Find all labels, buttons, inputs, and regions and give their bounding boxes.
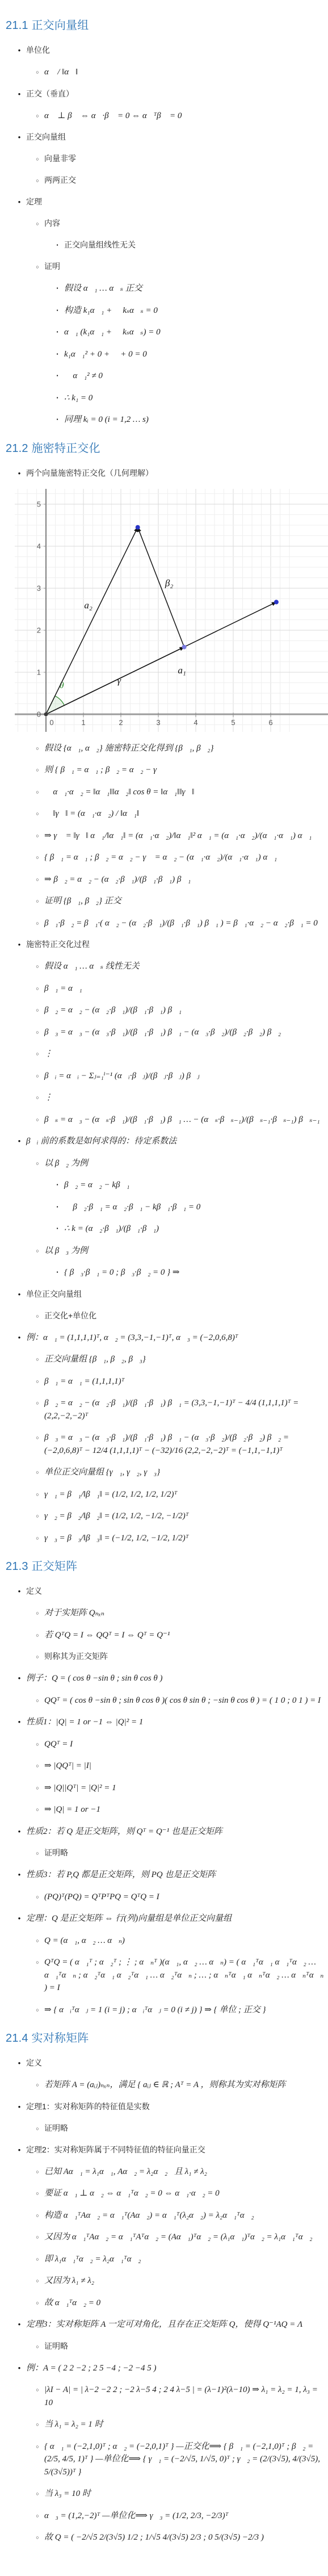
bullet-icon: ○ [33, 1694, 42, 1707]
list-item: ○β⃗₁·β⃗₂ = β⃗₁·( α⃗₂ − (α⃗₂·β⃗₁)/(β⃗₁·β⃗… [0, 917, 326, 930]
item-text: β⃗ᵢ 前的系数是如何求得的：待定系数法 [26, 1135, 176, 1148]
item-text: k₁α⃗₁² + 0 + ⋯ + 0 = 0 [64, 348, 147, 361]
data-point [136, 525, 140, 529]
item-text: 例：A = ( 2 2 −2 ; 2 5 −4 ; −2 −4 5 ) [26, 2362, 156, 2375]
list-item: •两个向量施密特正交化（几何理解） [0, 467, 326, 480]
data-point [274, 600, 279, 604]
item-text: { β⃗₁ = α⃗₁ ; β⃗₂ = α⃗₂ − γ⃗ = α⃗₂ − (α⃗… [44, 851, 277, 864]
bullet-icon: ○ [33, 2253, 42, 2265]
item-text: γ⃗₃ = β⃗₃/‖β⃗₃‖ = (−1/2, 1/2, −1/2, 1/2)… [44, 1532, 189, 1545]
list-item: ○若矩阵 A = (aᵢⱼ)ₙₓₙ，满足 { aᵢⱼ ∈ ℝ ; Aᵀ = A … [0, 2079, 326, 2092]
bullet-icon: ○ [33, 2418, 42, 2431]
bullet-icon: ○ [33, 1113, 42, 1126]
list-item: •β⃗ᵢ 前的系数是如何求得的：待定系数法 [0, 1135, 326, 1148]
vector-label-beta2: β₂ [165, 577, 173, 588]
bullet-icon: ○ [33, 807, 42, 820]
x-tick-label: 1 [81, 718, 85, 727]
bullet-icon: ○ [33, 2209, 42, 2222]
list-item: ○γ⃗₁ = β⃗₁/‖β⃗₁‖ = (1/2, 1/2, 1/2, 1/2)ᵀ [0, 1488, 326, 1501]
item-text: 证明 [44, 261, 60, 273]
bullet-icon: ○ [33, 1353, 42, 1366]
list-item: ○∵ α⃗₁·α⃗₂ = ‖α⃗₁‖‖α⃗₂‖ cos θ = ‖α⃗₁‖‖γ⃗… [0, 786, 326, 799]
bullet-icon: ○ [33, 1803, 42, 1816]
y-tick-label: 5 [37, 500, 41, 508]
list-item: ○证明略 [0, 2340, 326, 2353]
item-text: 正交（垂直） [26, 88, 74, 100]
list-item: ○以 β⃗₂ 为例 [0, 1157, 326, 1170]
list-item: ○γ⃗₂ = β⃗₂/‖β⃗₂‖ = (1/2, 1/2, −1/2, −1/2… [0, 1510, 326, 1523]
list-item: •定义 [0, 2057, 326, 2070]
bullet-icon: ○ [33, 1607, 42, 1619]
bullet-icon: ○ [33, 1310, 42, 1322]
item-text: γ⃗₁ = β⃗₁/‖β⃗₁‖ = (1/2, 1/2, 1/2, 1/2)ᵀ [44, 1488, 177, 1501]
bullet-icon: • [15, 467, 24, 480]
list-item: ○QQᵀ = ( cos θ −sin θ ; sin θ cos θ )( c… [0, 1694, 326, 1707]
list-item: ○证明 [0, 261, 326, 273]
list-item: ▪正交向量组线性无关 [0, 239, 326, 252]
item-text: Q = (α⃗₁, α⃗₂ … α⃗ₙ) [44, 1934, 125, 1947]
item-text: 施密特正交化过程 [26, 939, 90, 950]
bullet-icon: • [15, 1912, 24, 1925]
bullet-icon: • [15, 1331, 24, 1344]
bullet-icon: ○ [33, 960, 42, 973]
item-text: β⃗₁·β⃗₂ = β⃗₁·( α⃗₂ − (α⃗₂·β⃗₁)/(β⃗₁·β⃗₁… [44, 917, 318, 930]
bullet-icon: ○ [33, 1157, 42, 1170]
list-item: ▪k₁α⃗₁² + 0 + ⋯ + 0 = 0 [0, 348, 326, 361]
x-tick-label: 3 [156, 718, 160, 727]
list-item: ○⇒ { α⃗ᵢᵀα⃗ⱼ = 1 (i = j) ; α⃗ᵢᵀα⃗ⱼ = 0 (… [0, 2004, 326, 2017]
list-item: ○内容 [0, 217, 326, 230]
item-text: { β⃗₃·β⃗₁ = 0 ; β⃗₃·β⃗₂ = 0 } ⇒ ⋯ [64, 1266, 188, 1279]
section-heading-21-1: 21.1 正交向量组 [6, 18, 326, 33]
list-item: ○以 β⃗₃ 为例 [0, 1245, 326, 1258]
item-text: 正交向量组线性无关 [64, 239, 136, 251]
bullet-icon: ○ [33, 153, 42, 165]
bullet-icon: ▪ [53, 1266, 62, 1279]
item-text: 单位正交向量组 {γ⃗₁, γ⃗₂, γ⃗₃} [44, 1466, 160, 1479]
item-text: 单位正交向量组 [26, 1288, 82, 1300]
list-item: ○β⃗₂ = α⃗₂ − (α⃗₂·β⃗₁)/(β⃗₁·β⃗₁) β⃗₁ = (… [0, 1397, 326, 1422]
item-text: 证明 {β⃗₁, β⃗₂} 正交 [44, 895, 121, 908]
list-item: ▪∴ k = (α⃗₂·β⃗₁)/(β⃗₁·β⃗₁) [0, 1222, 326, 1235]
bullet-icon: • [15, 196, 24, 208]
bullet-icon: ○ [33, 2440, 42, 2453]
bullet-icon: ○ [33, 1070, 42, 1082]
list-item: •性质2：若 Q 是正交矩阵，则 Qᵀ = Q⁻¹ 也是正交矩阵 [0, 1825, 326, 1838]
item-text: 证明略 [44, 1847, 68, 1859]
list-item: ○(PQ)ᵀ(PQ) = QᵀPᵀPQ = QᵀQ = I [0, 1891, 326, 1904]
bullet-icon: ○ [33, 1466, 42, 1478]
item-text: ⋮ [44, 1048, 53, 1061]
item-text: α⃗₁ (k₁α⃗₁ + ⋯ kₛα⃗ₛ) = 0 [64, 326, 161, 339]
item-text: β⃗₁ = α⃗₁ = (1,1,1,1)ᵀ [44, 1375, 124, 1388]
item-text: β⃗₂ = α⃗₂ − (α⃗₂·β⃗₁)/(β⃗₁·β⃗₁) β⃗₁ = (3… [44, 1397, 326, 1422]
notes-page: 21.1 正交向量组•单位化○α⃗ / ‖α⃗‖•正交（垂直）○α⃗ ⊥ β⃗ … [0, 0, 328, 2576]
item-text: 以 β⃗₃ 为例 [44, 1245, 88, 1258]
bullet-icon: • [15, 1825, 24, 1838]
bullet-icon: • [15, 44, 24, 57]
bullet-icon: ○ [33, 2004, 42, 2016]
item-text: 正交化+单位化 [44, 1310, 96, 1322]
list-item: ○|λI − A| = | λ−2 −2 2 ; −2 λ−5 4 ; 2 4 … [0, 2384, 326, 2409]
item-text: α⃗ / ‖α⃗‖ [44, 66, 78, 79]
bullet-icon: ○ [33, 1510, 42, 1522]
item-text: 又因为 α⃗₁ᵀAα⃗₂ = α⃗₁ᵀAᵀα⃗₂ = (Aα⃗₁)ᵀα⃗₂ = … [44, 2231, 312, 2244]
list-item: •定义 [0, 1585, 326, 1598]
bullet-icon: ○ [33, 2510, 42, 2522]
list-item: ○要证 α⃗₁ ⊥ α⃗₂ ⇔ α⃗₁ᵀα⃗₂ = 0 ⇔ α⃗₁·α⃗₂ = … [0, 2187, 326, 2200]
x-tick-label: 5 [231, 718, 235, 727]
list-item: ○QᵀQ = ( α⃗₁ᵀ ; α⃗₂ᵀ ; ⋮ ; α⃗ₙᵀ )(α⃗₁, α… [0, 1956, 326, 1995]
item-text: ⇒ |QQᵀ| = |I| [44, 1760, 91, 1773]
list-item: •正交向量组 [0, 131, 326, 144]
x-tick-label: 0 [49, 718, 53, 727]
bullet-icon: • [15, 88, 24, 100]
bullet-icon: ▪ [53, 370, 62, 382]
item-text: 例子：Q = ( cos θ −sin θ ; sin θ cos θ ) [26, 1672, 163, 1685]
item-text: ∴ k₁ = 0 [64, 392, 92, 405]
item-text: β⃗ₛ = α⃗₃ − (α⃗ₛ·β⃗₁)/(β⃗₁·β⃗₁) β⃗₁ … − … [44, 1113, 320, 1126]
bullet-icon: ○ [33, 1956, 42, 1968]
item-text: ∵ α⃗₁·α⃗₂ = ‖α⃗₁‖‖α⃗₂‖ cos θ = ‖α⃗₁‖‖γ⃗‖ [44, 786, 194, 799]
list-item: ▪∵ β⃗₂·β⃗₁ = α⃗₂·β⃗₁ − kβ⃗₁·β⃗₁ = 0 [0, 1201, 326, 1214]
item-text: β⃗₂ = α⃗₂ − (α⃗₂·β⃗₁)/(β⃗₁·β⃗₁) β⃗₁ [44, 1004, 182, 1017]
item-text: 单位化 [26, 44, 50, 56]
bullet-icon: ○ [33, 764, 42, 776]
item-text: β⃗₃ = α⃗₃ − (α⃗₃·β⃗₁)/(β⃗₁·β⃗₁) β⃗₁ − (α… [44, 1026, 281, 1039]
item-text: 性质1：|Q| = 1 or −1 ⇔ |Q|² = 1 [26, 1716, 143, 1729]
schmidt-orthogonalization-figure: 0123456012345θa₂a₁γβ₂ [15, 489, 326, 732]
bullet-icon: ○ [33, 1891, 42, 1903]
list-item: ○⇒ |QQᵀ| = |I| [0, 1760, 326, 1773]
item-text: 又因为 λ₁ ≠ λ₂ [44, 2275, 94, 2288]
bullet-icon: ○ [33, 2487, 42, 2500]
item-text: (PQ)ᵀ(PQ) = QᵀPᵀPQ = QᵀQ = I [44, 1891, 159, 1904]
list-item: ○正交化+单位化 [0, 1310, 326, 1322]
list-item: •定理2：实对称矩阵属于不同特征值的特征向量正交 [0, 2144, 326, 2156]
bullet-icon: ○ [33, 174, 42, 187]
list-item: ○构造 α⃗₁ᵀAα⃗₂ = α⃗₁ᵀ(Aα⃗₂) = α⃗₁ᵀ(λ₂α⃗₂) … [0, 2209, 326, 2222]
item-text: 则称其为正交矩阵 [44, 1651, 108, 1662]
bullet-icon: ○ [33, 1026, 42, 1038]
list-item: ○QQᵀ = I [0, 1738, 326, 1751]
bullet-icon: • [15, 1869, 24, 1881]
list-item: ○则称其为正交矩阵 [0, 1651, 326, 1663]
list-item: ▪∵ α⃗₁² ≠ 0 [0, 370, 326, 383]
bullet-icon: ○ [33, 830, 42, 842]
bullet-icon: ○ [33, 110, 42, 122]
item-text: { α⃗₁ = (−2,1,0)ᵀ ; α⃗₂ = (−2,0,1)ᵀ } —正… [44, 2440, 326, 2479]
list-item: ○⋮ [0, 1091, 326, 1104]
vector-a2 [46, 527, 138, 714]
bullet-icon: • [15, 1135, 24, 1147]
vector-diagram-canvas: 0123456012345θa₂a₁γβ₂ [15, 489, 328, 732]
item-text: 假设 α⃗₁ … α⃗ₛ 正交 [64, 282, 142, 295]
item-text: 定理3：实对称矩阵 A 一定可对角化，且存在正交矩阵 Q，使得 Q⁻¹AQ = … [26, 2318, 302, 2331]
bullet-icon: ▪ [53, 413, 62, 426]
list-item: ○{ α⃗₁ = (−2,1,0)ᵀ ; α⃗₂ = (−2,0,1)ᵀ } —… [0, 2440, 326, 2479]
item-text: 则 { β⃗₁ = α⃗₁ ; β⃗₂ = α⃗₂ − γ⃗ [44, 764, 163, 777]
list-item: ○⇒ γ⃗ = ‖γ⃗‖ α⃗₁/‖α⃗₁‖ = (α⃗₁·α⃗₂)/‖α⃗₁‖… [0, 830, 326, 843]
list-item: ○β⃗₁ = α⃗₁ = (1,1,1,1)ᵀ [0, 1375, 326, 1388]
x-tick-label: 2 [119, 718, 123, 727]
bullet-icon: ○ [33, 742, 42, 755]
bullet-icon: • [15, 2318, 24, 2331]
bullet-icon: ○ [33, 895, 42, 907]
bullet-icon: ○ [33, 917, 42, 929]
bullet-icon: ○ [33, 2340, 42, 2353]
list-item: ▪α⃗₁ (k₁α⃗₁ + ⋯ kₛα⃗ₛ) = 0 [0, 326, 326, 339]
x-tick-label: 4 [194, 718, 197, 727]
bullet-icon: ▪ [53, 1179, 62, 1191]
bullet-icon: ○ [33, 2531, 42, 2544]
list-item: •单位正交向量组 [0, 1288, 326, 1301]
bullet-icon: ○ [33, 1847, 42, 1859]
bullet-icon: • [15, 1288, 24, 1301]
list-item: ○⋮ [0, 1048, 326, 1061]
bullet-icon: ○ [33, 1782, 42, 1794]
item-text: 性质3：若 P,Q 都是正交矩阵，则 PQ 也是正交矩阵 [26, 1869, 216, 1882]
bullet-icon: ▪ [53, 1201, 62, 1213]
item-text: 假设 α⃗₁ … α⃗ₛ 线性无关 [44, 960, 140, 973]
bullet-icon: ○ [33, 1004, 42, 1016]
list-item: ○假设 {α⃗₁, α⃗₂} 施密特正交化得到 {β⃗₁, β⃗₂} [0, 742, 326, 755]
list-item: ○β⃗₁ = α⃗₁ [0, 982, 326, 995]
item-text: 构造 k₁α⃗₁ + ⋯ kₛα⃗ₛ = 0 [64, 304, 158, 317]
bullet-icon: • [15, 1585, 24, 1598]
list-item: •定理 [0, 196, 326, 208]
list-item: ○α⃗ / ‖α⃗‖ [0, 66, 326, 79]
x-tick-label: 6 [268, 718, 272, 727]
item-text: 假设 {α⃗₁, α⃗₂} 施密特正交化得到 {β⃗₁, β⃗₂} [44, 742, 213, 755]
bullet-icon: ○ [33, 873, 42, 886]
list-item: ○单位正交向量组 {γ⃗₁, γ⃗₂, γ⃗₃} [0, 1466, 326, 1479]
list-item: ○对于实矩阵 Qₙₓₙ [0, 1607, 326, 1620]
list-item: ○假设 α⃗₁ … α⃗ₛ 线性无关 [0, 960, 326, 973]
list-item: ○β⃗ᵢ = α⃗ᵢ − Σⱼ₌₁ⁱ⁻¹ (α⃗ᵢ·β⃗ⱼ)/(β⃗ⱼ·β⃗ⱼ)… [0, 1070, 326, 1083]
bullet-icon: ○ [33, 1760, 42, 1772]
item-text: 内容 [44, 217, 60, 229]
bullet-icon: ○ [33, 1397, 42, 1409]
data-point [182, 644, 187, 649]
bullet-icon: ○ [33, 261, 42, 273]
bullet-icon: • [15, 939, 24, 951]
list-item: ▪构造 k₁α⃗₁ + ⋯ kₛα⃗ₛ = 0 [0, 304, 326, 317]
item-text: γ⃗₂ = β⃗₂/‖β⃗₂‖ = (1/2, 1/2, −1/2, −1/2)… [44, 1510, 189, 1523]
list-item: ○又因为 α⃗₁ᵀAα⃗₂ = α⃗₁ᵀAᵀα⃗₂ = (Aα⃗₁)ᵀα⃗₂ =… [0, 2231, 326, 2244]
list-item: ○故 Q = ( −2/√5 2/(3√5) 1/2 ; 1/√5 4/(3√5… [0, 2531, 326, 2544]
list-item: ○证明 {β⃗₁, β⃗₂} 正交 [0, 895, 326, 908]
item-text: ⇒ { α⃗ᵢᵀα⃗ⱼ = 1 (i = j) ; α⃗ᵢᵀα⃗ⱼ = 0 (i… [44, 2004, 266, 2017]
bullet-icon: ○ [33, 2231, 42, 2243]
item-text: |λI − A| = | λ−2 −2 2 ; −2 λ−5 4 ; 2 4 λ… [44, 2384, 326, 2409]
list-item: ▪β⃗₂ = α⃗₂ − kβ⃗₁ [0, 1179, 326, 1192]
item-text: 若 QᵀQ = I ⇔ QQᵀ = I ⇔ Qᵀ = Q⁻¹ [44, 1629, 170, 1642]
item-text: α⃗ ⊥ β⃗ ⇔ α⃗·β⃗ = 0 ⇔ α⃗ᵀβ⃗ = 0 [44, 110, 182, 123]
item-text: 两个向量施密特正交化（几何理解） [26, 467, 153, 479]
bullet-icon: ○ [33, 2275, 42, 2287]
bullet-icon: ○ [33, 2297, 42, 2309]
bullet-icon: • [15, 2362, 24, 2374]
list-item: ○若 QᵀQ = I ⇔ QQᵀ = I ⇔ Qᵀ = Q⁻¹ [0, 1629, 326, 1642]
item-text: 正交向量组 [26, 131, 66, 143]
item-text: 定理1：实对称矩阵的特征值是实数 [26, 2101, 150, 2113]
list-item: •正交（垂直） [0, 88, 326, 100]
list-item: •性质1：|Q| = 1 or −1 ⇔ |Q|² = 1 [0, 1716, 326, 1729]
section-heading-21-2: 21.2 施密特正交化 [6, 441, 326, 456]
item-text: 两两正交 [44, 174, 76, 186]
item-text: 当 λ₁ = λ₂ = 1 时 [44, 2418, 103, 2431]
item-text: 以 β⃗₂ 为例 [44, 1157, 88, 1170]
bullet-icon: ○ [33, 851, 42, 864]
bullet-icon: • [15, 2101, 24, 2113]
list-item: •单位化 [0, 44, 326, 57]
item-text: ∴ k = (α⃗₂·β⃗₁)/(β⃗₁·β⃗₁) [64, 1222, 159, 1235]
item-text: 证明略 [44, 2340, 68, 2352]
y-tick-label: 0 [37, 710, 41, 718]
bullet-icon: ○ [33, 1048, 42, 1060]
bullet-icon: ○ [33, 1488, 42, 1501]
list-item: ○β⃗ₛ = α⃗₃ − (α⃗ₛ·β⃗₁)/(β⃗₁·β⃗₁) β⃗₁ … −… [0, 1113, 326, 1126]
bullet-icon: ▪ [53, 282, 62, 295]
item-text: ∵ β⃗₂·β⃗₁ = α⃗₂·β⃗₁ − kβ⃗₁·β⃗₁ = 0 [64, 1201, 200, 1214]
item-text: ∴ ‖γ⃗‖ = (α⃗₁·α⃗₂) / ‖α⃗₁‖ [44, 807, 139, 820]
item-text: ⇒ |Q| = 1 or −1 [44, 1803, 100, 1816]
list-item: ○⇒ |Q||Qᵀ| = |Q|² = 1 [0, 1782, 326, 1795]
list-item: •定理1：实对称矩阵的特征值是实数 [0, 2101, 326, 2113]
vector-label-a2: a₂ [84, 600, 92, 610]
list-item: ○则 { β⃗₁ = α⃗₁ ; β⃗₂ = α⃗₂ − γ⃗ [0, 764, 326, 777]
item-text: ⋮ [44, 1091, 53, 1104]
item-text: 要证 α⃗₁ ⊥ α⃗₂ ⇔ α⃗₁ᵀα⃗₂ = 0 ⇔ α⃗₁·α⃗₂ = 0 [44, 2187, 220, 2200]
bullet-icon: ○ [33, 982, 42, 995]
bullet-icon: • [15, 2057, 24, 2070]
item-text: 定义 [26, 2057, 42, 2069]
item-text: β⃗₃ = α⃗₃ − (α⃗₃·β⃗₁)/(β⃗₁·β⃗₁) β⃗₁ − (α… [44, 1431, 326, 1457]
bullet-icon: ○ [33, 786, 42, 798]
bullet-icon: ○ [33, 2165, 42, 2178]
list-item: ○又因为 λ₁ ≠ λ₂ [0, 2275, 326, 2288]
item-text: 例：α⃗₁ = (1,1,1,1)ᵀ, α⃗₂ = (3,3,−1,−1)ᵀ, … [26, 1331, 238, 1344]
list-item: ▪∴ k₁ = 0 [0, 392, 326, 405]
bullet-icon: • [15, 1672, 24, 1685]
item-text: QQᵀ = I [44, 1738, 73, 1751]
bullet-icon: ▪ [53, 392, 62, 404]
item-text: 向量非零 [44, 153, 76, 165]
item-text: 定理：Q 是正交矩阵 ⇔ 行(列)向量组是单位正交向量组 [26, 1912, 232, 1925]
item-text: QᵀQ = ( α⃗₁ᵀ ; α⃗₂ᵀ ; ⋮ ; α⃗ₙᵀ )(α⃗₁, α⃗… [44, 1956, 326, 1995]
bullet-icon: ▪ [53, 304, 62, 317]
section-heading-21-3: 21.3 正交矩阵 [6, 1559, 326, 1574]
item-text: 对于实矩阵 Qₙₓₙ [44, 1607, 104, 1620]
list-item: ○β⃗₃ = α⃗₃ − (α⃗₃·β⃗₁)/(β⃗₁·β⃗₁) β⃗₁ − (… [0, 1431, 326, 1457]
list-item: ○β⃗₃ = α⃗₃ − (α⃗₃·β⃗₁)/(β⃗₁·β⃗₁) β⃗₁ − (… [0, 1026, 326, 1039]
bullet-icon: • [15, 2144, 24, 2156]
item-text: α⃗₃ = (1,2,−2)ᵀ —单位化⟹ γ⃗₃ = (1/2, 2/3, −… [44, 2510, 228, 2523]
list-item: ▪{ β⃗₃·β⃗₁ = 0 ; β⃗₃·β⃗₂ = 0 } ⇒ ⋯ [0, 1266, 326, 1279]
item-text: ⇒ β⃗₂ = α⃗₂ − (α⃗₂·β⃗₁)/(β⃗₁·β⃗₁) β⃗₁ [44, 873, 191, 886]
list-item: •例：α⃗₁ = (1,1,1,1)ᵀ, α⃗₂ = (3,3,−1,−1)ᵀ,… [0, 1331, 326, 1344]
bullet-icon: ○ [33, 1375, 42, 1388]
bullet-icon: • [15, 1716, 24, 1728]
y-tick-label: 4 [37, 542, 41, 550]
list-item: •性质3：若 P,Q 都是正交矩阵，则 PQ 也是正交矩阵 [0, 1869, 326, 1882]
list-item: ○证明略 [0, 1847, 326, 1859]
bullet-icon: ○ [33, 1651, 42, 1663]
item-text: β⃗ᵢ = α⃗ᵢ − Σⱼ₌₁ⁱ⁻¹ (α⃗ᵢ·β⃗ⱼ)/(β⃗ⱼ·β⃗ⱼ) … [44, 1070, 200, 1083]
y-tick-label: 2 [37, 626, 41, 634]
item-text: 若矩阵 A = (aᵢⱼ)ₙₓₙ，满足 { aᵢⱼ ∈ ℝ ; Aᵀ = A ，… [44, 2079, 286, 2092]
list-item: •施密特正交化过程 [0, 939, 326, 951]
item-text: 故 Q = ( −2/√5 2/(3√5) 1/2 ; 1/√5 4/(3√5)… [44, 2531, 264, 2544]
list-item: ○正交向量组 {β⃗₁, β⃗₂, β⃗₃} [0, 1353, 326, 1366]
bullet-icon: ○ [33, 217, 42, 230]
bullet-icon: ▪ [53, 239, 62, 252]
bullet-icon: ○ [33, 1934, 42, 1947]
list-item: ○证明略 [0, 2122, 326, 2135]
bullet-icon: ▪ [53, 1222, 62, 1235]
item-text: 定理 [26, 196, 42, 208]
bullet-icon: ○ [33, 2079, 42, 2091]
item-text: ⇒ |Q||Qᵀ| = |Q|² = 1 [44, 1782, 116, 1795]
list-item: •例子：Q = ( cos θ −sin θ ; sin θ cos θ ) [0, 1672, 326, 1685]
list-item: ▪同理 kᵢ = 0 (i = 1,2 … s) [0, 413, 326, 426]
bullet-icon: ○ [33, 66, 42, 78]
list-item: ○故 α⃗₁ᵀα⃗₂ = 0 [0, 2297, 326, 2310]
item-text: 构造 α⃗₁ᵀAα⃗₂ = α⃗₁ᵀ(Aα⃗₂) = α⃗₁ᵀ(λ₂α⃗₂) =… [44, 2209, 254, 2222]
list-item: ○向量非零 [0, 153, 326, 165]
list-item: •定理：Q 是正交矩阵 ⇔ 行(列)向量组是单位正交向量组 [0, 1912, 326, 1925]
list-item: ○已知 Aα⃗₁ = λ₁α⃗₁, Aα⃗₂ = λ₂α⃗₂，且 λ₁ ≠ λ₂ [0, 2165, 326, 2179]
list-item: ▪假设 α⃗₁ … α⃗ₛ 正交 [0, 282, 326, 295]
item-text: β⃗₂ = α⃗₂ − kβ⃗₁ [64, 1179, 129, 1192]
list-item: ○{ β⃗₁ = α⃗₁ ; β⃗₂ = α⃗₂ − γ⃗ = α⃗₂ − (α… [0, 851, 326, 864]
bullet-icon: • [15, 131, 24, 144]
item-text: 故 α⃗₁ᵀα⃗₂ = 0 [44, 2297, 100, 2310]
item-text: 已知 Aα⃗₁ = λ₁α⃗₁, Aα⃗₂ = λ₂α⃗₂，且 λ₁ ≠ λ₂ [44, 2165, 207, 2179]
bullet-icon: ▪ [53, 348, 62, 361]
bullet-icon: ○ [33, 2384, 42, 2396]
list-item: ○Q = (α⃗₁, α⃗₂ … α⃗ₙ) [0, 1934, 326, 1947]
list-item: ○⇒ β⃗₂ = α⃗₂ − (α⃗₂·β⃗₁)/(β⃗₁·β⃗₁) β⃗₁ [0, 873, 326, 886]
item-text: β⃗₁ = α⃗₁ [44, 982, 82, 995]
item-text: QQᵀ = ( cos θ −sin θ ; sin θ cos θ )( co… [44, 1694, 321, 1707]
bullet-icon: ○ [33, 2187, 42, 2200]
item-text: 定理2：实对称矩阵属于不同特征值的特征向量正交 [26, 2144, 205, 2156]
item-text: 证明略 [44, 2122, 68, 2134]
data-point [44, 712, 48, 716]
bullet-icon: ○ [33, 1629, 42, 1641]
item-text: 定义 [26, 1585, 42, 1597]
list-item: ○α⃗ ⊥ β⃗ ⇔ α⃗·β⃗ = 0 ⇔ α⃗ᵀβ⃗ = 0 [0, 110, 326, 123]
y-tick-label: 1 [37, 668, 41, 676]
y-tick-label: 3 [37, 584, 41, 592]
list-item: •定理3：实对称矩阵 A 一定可对角化，且存在正交矩阵 Q，使得 Q⁻¹AQ =… [0, 2318, 326, 2331]
list-item: ○即 λ₁α⃗₁ᵀα⃗₂ = λ₂α⃗₁ᵀα⃗₂ [0, 2253, 326, 2266]
bullet-icon: ▪ [53, 326, 62, 338]
item-text: ⇒ γ⃗ = ‖γ⃗‖ α⃗₁/‖α⃗₁‖ = (α⃗₁·α⃗₂)/‖α⃗₁‖²… [44, 830, 312, 843]
item-text: 性质2：若 Q 是正交矩阵，则 Qᵀ = Q⁻¹ 也是正交矩阵 [26, 1825, 222, 1838]
bullet-icon: ○ [33, 1431, 42, 1444]
list-item: ○γ⃗₃ = β⃗₃/‖β⃗₃‖ = (−1/2, 1/2, −1/2, 1/2… [0, 1532, 326, 1545]
bullet-icon: ○ [33, 2122, 42, 2135]
list-item: ○β⃗₂ = α⃗₂ − (α⃗₂·β⃗₁)/(β⃗₁·β⃗₁) β⃗₁ [0, 1004, 326, 1017]
item-text: 正交向量组 {β⃗₁, β⃗₂, β⃗₃} [44, 1353, 146, 1366]
bullet-icon: ○ [33, 1532, 42, 1544]
vector-gamma [46, 647, 184, 714]
item-text: ∵ α⃗₁² ≠ 0 [64, 370, 103, 383]
list-item: ○当 λ₃ = 10 时 [0, 2487, 326, 2500]
